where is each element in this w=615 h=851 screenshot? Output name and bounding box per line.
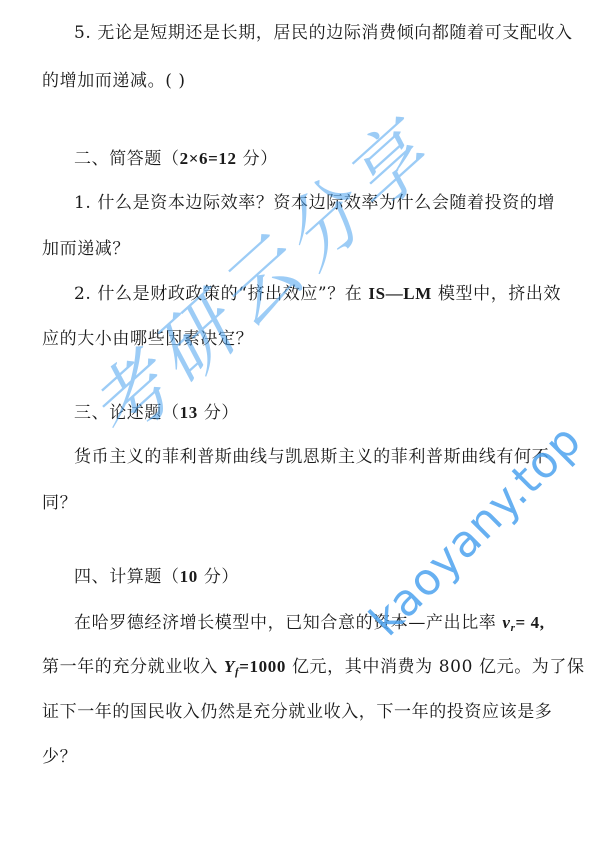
calc-line-1: 在哈罗德经济增长模型中，已知合意的资本—产出比率 vr= 4, xyxy=(74,612,614,639)
calc-text: 在哈罗德经济增长模型中，已知合意的资本—产出比率 xyxy=(74,613,502,633)
var-v: v xyxy=(502,613,510,632)
var-y: Y xyxy=(224,657,235,676)
question-5-line-1: 5. 无论是短期还是长期，居民的边际消费倾向都随着可支配收入 xyxy=(74,22,614,44)
heading-suffix: 分） xyxy=(237,149,278,169)
var-v-value: = 4, xyxy=(515,613,544,632)
calc-line-3: 证下一年的国民收入仍然是充分就业收入，下一年的投资应该是多 xyxy=(42,701,582,723)
essay-line-1: 货币主义的菲利普斯曲线与凯恩斯主义的菲利普斯曲线有何不 xyxy=(74,446,614,468)
heading-prefix: 二、简答题（ xyxy=(74,149,180,169)
question-5-line-2: 的增加而递减。( ) xyxy=(42,70,582,92)
heading-prefix: 三、论述题（ xyxy=(74,403,180,423)
short-answer-q1-line-2: 加而递减？ xyxy=(42,238,582,260)
section-2-heading: 二、简答题（2×6=12 分） xyxy=(74,148,614,170)
section-3-heading: 三、论述题（13 分） xyxy=(74,402,614,424)
heading-score: 2×6=12 xyxy=(180,149,237,168)
calc-line-2: 第一年的充分就业收入 Yf=1000 亿元，其中消费为 800 亿元。为了保 xyxy=(42,656,582,683)
heading-score: 13 xyxy=(180,403,198,422)
var-y-value: =1000 xyxy=(239,657,286,676)
heading-prefix: 四、计算题（ xyxy=(74,567,180,587)
exam-page: 5. 无论是短期还是长期，居民的边际消费倾向都随着可支配收入 的增加而递减。( … xyxy=(0,0,615,851)
calc-text-b: 亿元，其中消费为 800 亿元。为了保 xyxy=(286,657,585,677)
calc-text-a: 第一年的充分就业收入 xyxy=(42,657,224,677)
heading-suffix: 分） xyxy=(198,403,239,423)
heading-score: 10 xyxy=(180,567,198,586)
calc-line-4: 少？ xyxy=(42,746,582,768)
section-4-heading: 四、计算题（10 分） xyxy=(74,566,614,588)
q2-text-a: 2. 什么是财政政策的“挤出效应”？在 xyxy=(74,284,368,304)
q2-is-lm: IS—LM xyxy=(368,284,431,303)
q2-text-c: 模型中，挤出效 xyxy=(432,284,561,304)
short-answer-q1-line-1: 1. 什么是资本边际效率？资本边际效率为什么会随着投资的增 xyxy=(74,192,614,214)
short-answer-q2-line-2: 应的大小由哪些因素决定？ xyxy=(42,328,582,350)
short-answer-q2-line-1: 2. 什么是财政政策的“挤出效应”？在 IS—LM 模型中，挤出效 xyxy=(74,283,614,305)
heading-suffix: 分） xyxy=(198,567,239,587)
essay-line-2: 同？ xyxy=(42,492,582,514)
